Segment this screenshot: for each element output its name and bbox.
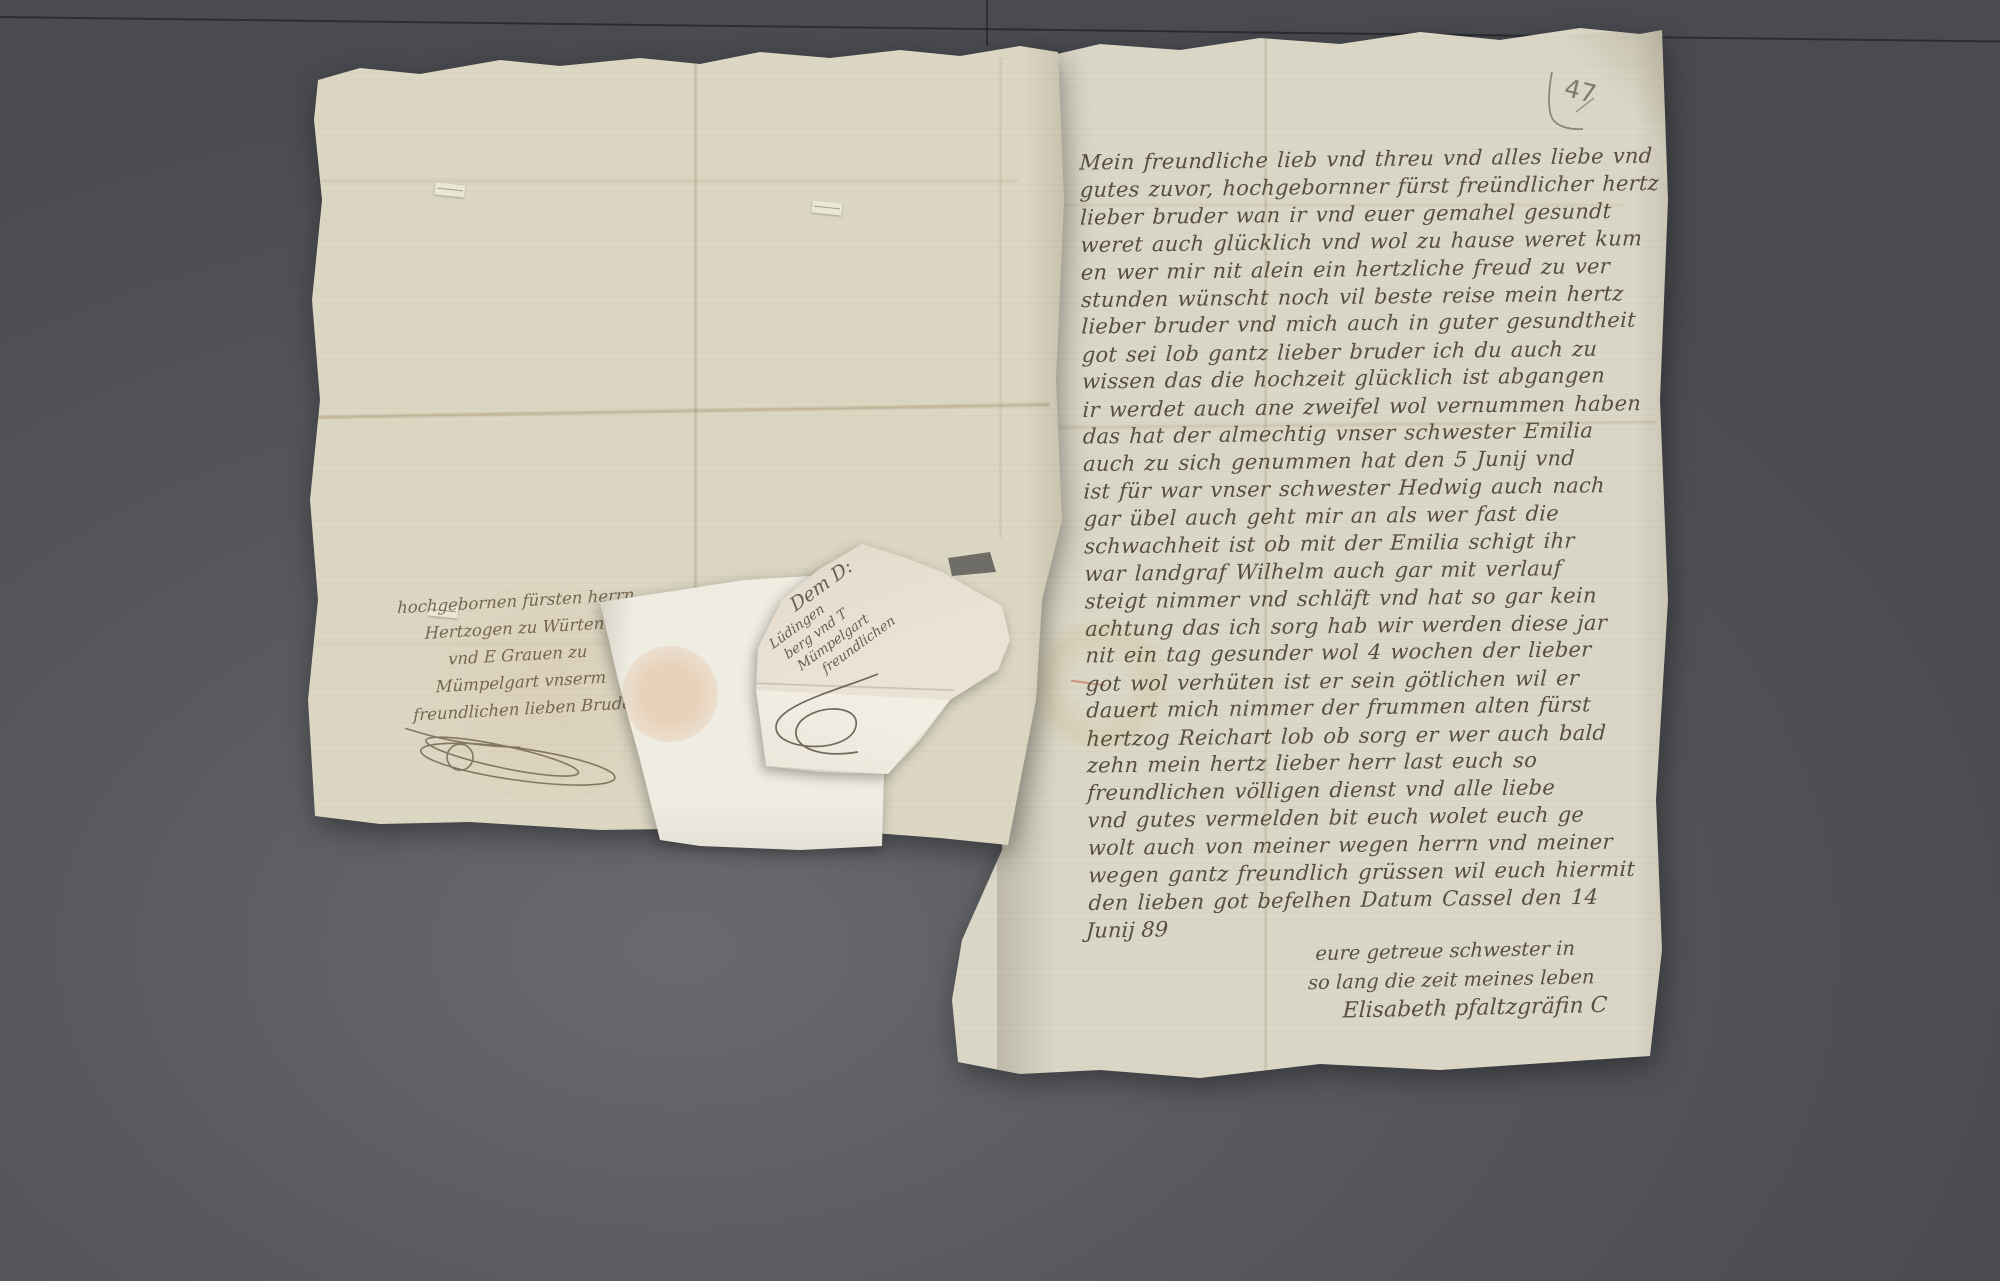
fold-crease <box>315 402 1050 421</box>
flourish-stroke <box>776 674 878 754</box>
letter-body: Mein freundliche lieb vnd threu vnd alle… <box>1079 142 1668 916</box>
fold-crease <box>998 58 1003 538</box>
photo-stage: 47 Mein freundliche lieb vnd threu vnd a… <box>0 0 2000 1281</box>
dateline: Junij 89 <box>1086 917 1169 942</box>
repair-slit <box>437 188 463 192</box>
closing-block: eure getreue schwester inso lang die zei… <box>1315 933 1608 1026</box>
foliation-number: 47 <box>1561 73 1599 109</box>
foliation-mark: 47 <box>1538 56 1634 140</box>
seal-stain <box>622 646 718 742</box>
leaf-edge-shade <box>1024 38 1070 850</box>
repair-slit <box>814 206 840 210</box>
repair-tab <box>811 200 842 215</box>
fold-crease <box>319 178 1019 184</box>
fragment-flourish <box>758 664 898 772</box>
repair-tab <box>434 182 465 197</box>
address-fragment: Dem D:Lüdingenberg vnd TMümpelgartfreund… <box>748 538 1018 783</box>
fragment-wrap: Dem D:Lüdingenberg vnd TMümpelgartfreund… <box>748 538 1018 783</box>
signature-line: Elisabeth pfaltzgräfin C <box>1342 991 1608 1026</box>
